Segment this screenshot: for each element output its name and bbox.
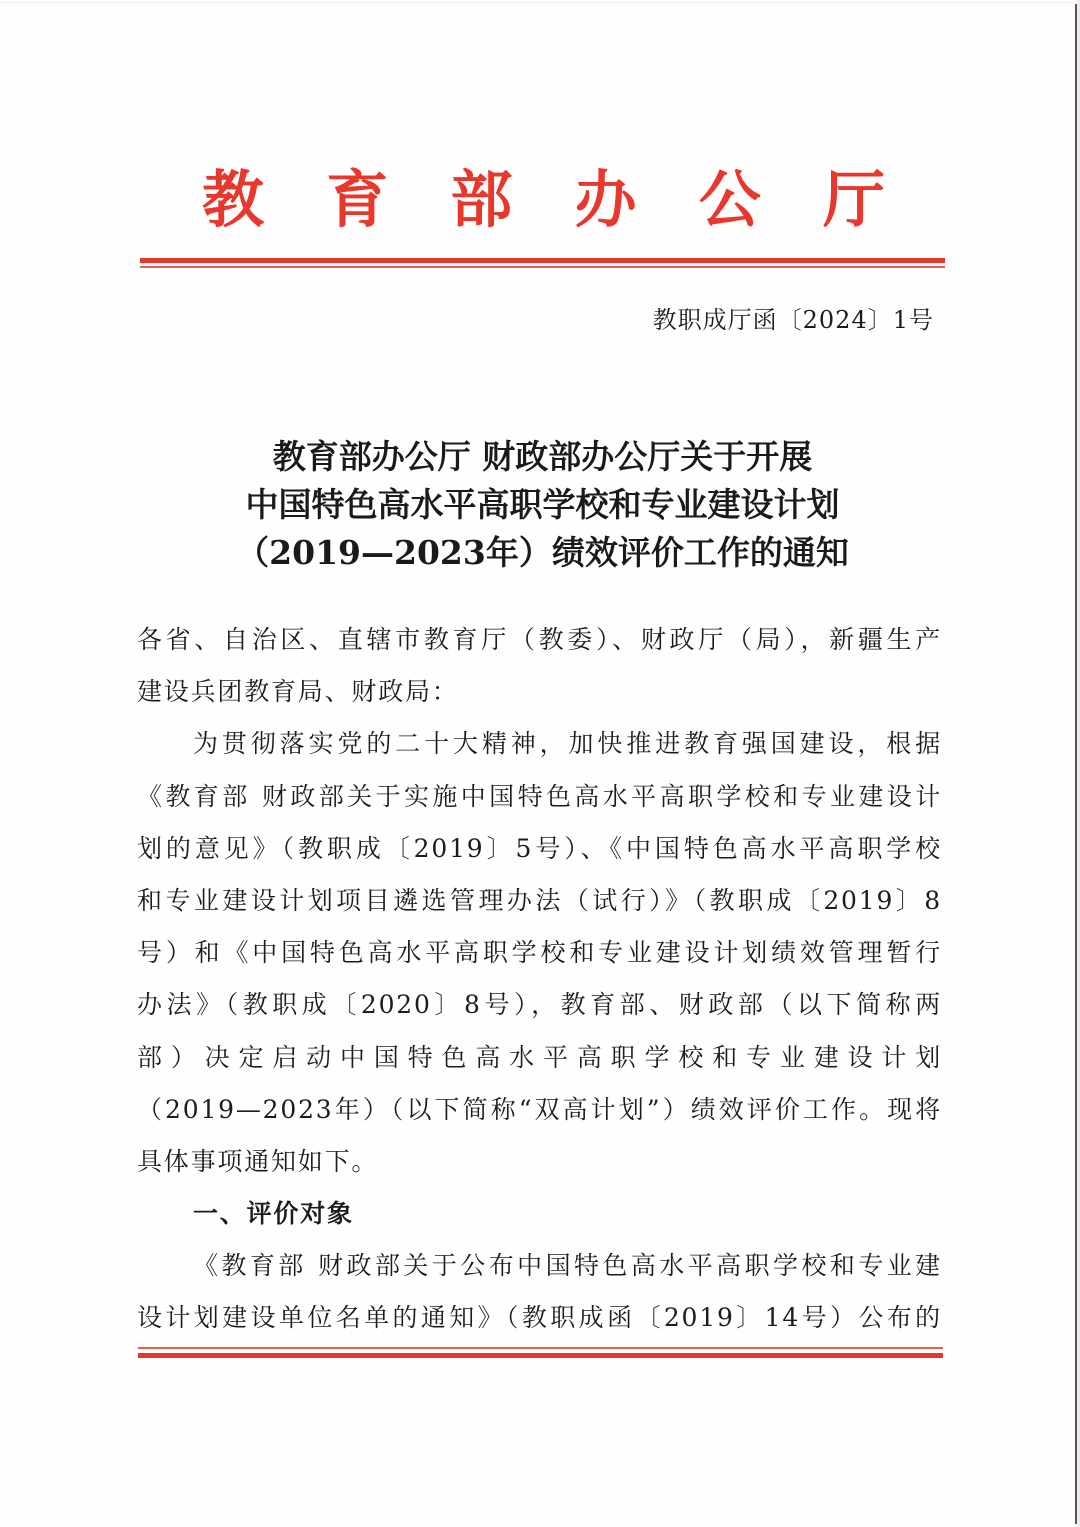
salutation-line: 建设兵团教育局、财政局：: [137, 666, 942, 718]
paragraph-line: 划的意见》（教职成〔2019〕5号）、《中国特色高水平高职学校: [137, 823, 942, 875]
page-top-edge: [0, 2, 1076, 3]
footer-rule-thin: [138, 1347, 943, 1349]
paragraph-line: 和专业建设计划项目遴选管理办法（试行）》（教职成〔2019〕8: [137, 875, 942, 927]
title-line: 中国特色高水平高职学校和专业建设计划: [140, 481, 945, 529]
masthead: 教 育 部 办 公 厅: [140, 160, 945, 240]
masthead-char: 教: [202, 169, 264, 231]
paragraph-line: 号）和《中国特色高水平高职学校和专业建设计划绩效管理暂行: [137, 927, 942, 979]
footer-rule-thick: [138, 1353, 943, 1358]
paragraph-line: 《教育部 财政部关于实施中国特色高水平高职学校和专业建设计: [137, 771, 942, 823]
masthead-char: 部: [450, 169, 512, 231]
document-page: 教 育 部 办 公 厅 教职成厅函〔2024〕1号 教育部办公厅 财政部办公厅关…: [0, 0, 1076, 1527]
document-title: 教育部办公厅 财政部办公厅关于开展 中国特色高水平高职学校和专业建设计划 （20…: [140, 433, 945, 577]
masthead-char: 公: [699, 169, 761, 231]
masthead-char: 厅: [823, 169, 885, 231]
masthead-char: 办: [575, 169, 637, 231]
document-body: 各省、自治区、直辖市教育厅（教委）、财政厅（局），新疆生产 建设兵团教育局、财政…: [137, 614, 942, 1345]
masthead-rule-thin: [140, 266, 945, 268]
paragraph-line: 具体事项通知如下。: [137, 1136, 942, 1188]
paragraph-line: 为贯彻落实党的二十大精神，加快推进教育强国建设，根据: [137, 718, 942, 770]
title-line: （2019—2023年）绩效评价工作的通知: [140, 529, 945, 577]
document-number: 教职成厅函〔2024〕1号: [653, 300, 934, 335]
paragraph-line: 《教育部 财政部关于公布中国特色高水平高职学校和专业建: [137, 1240, 942, 1292]
paragraph-line: 设计划建设单位名单的通知》（教职成函〔2019〕14号）公布的: [137, 1292, 942, 1344]
section-heading: 一、评价对象: [137, 1188, 942, 1240]
masthead-rule-thick: [140, 258, 945, 263]
paragraph-line: 办法》（教职成〔2020〕8号），教育部、财政部（以下简称两: [137, 979, 942, 1031]
masthead-char: 育: [326, 169, 388, 231]
paragraph-line: （2019—2023年）（以下简称“双高计划”）绩效评价工作。现将: [137, 1084, 942, 1136]
paragraph-line: 部）决定启动中国特色高水平高职学校和专业建设计划: [137, 1032, 942, 1084]
salutation-line: 各省、自治区、直辖市教育厅（教委）、财政厅（局），新疆生产: [137, 614, 942, 666]
title-line: 教育部办公厅 财政部办公厅关于开展: [140, 433, 945, 481]
